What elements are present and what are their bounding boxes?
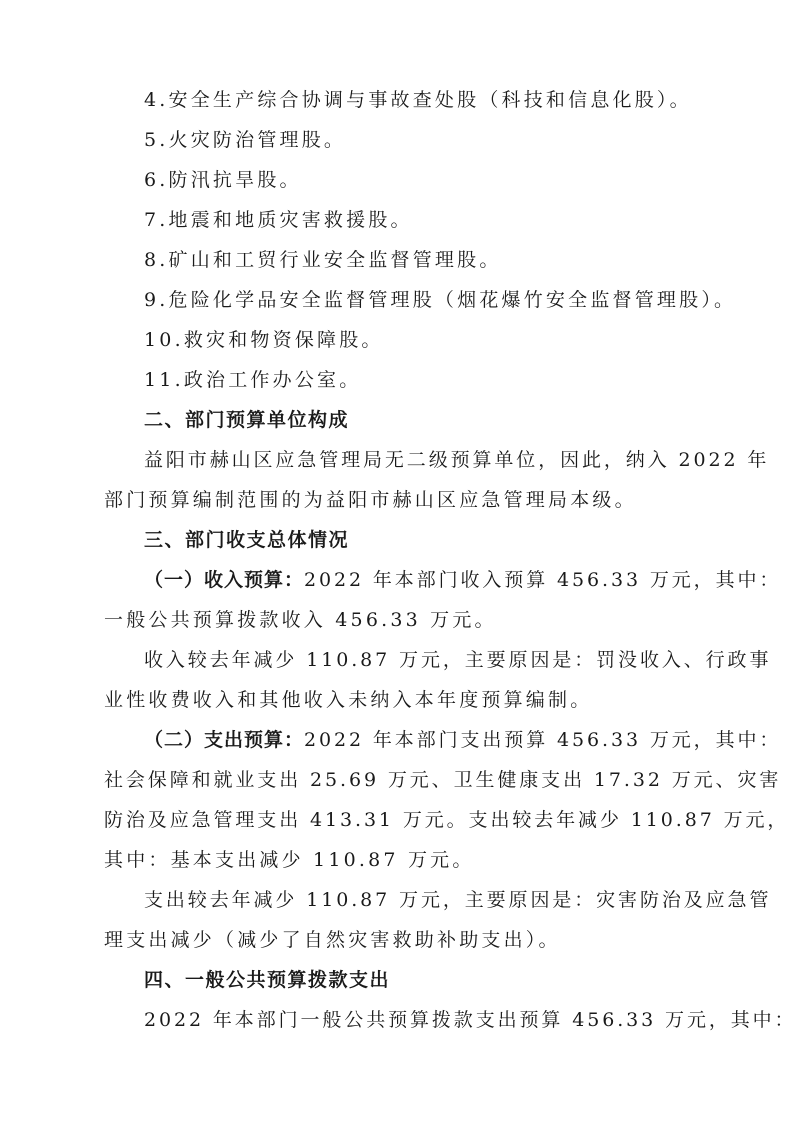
paragraph-line: 一般公共预算拨款收入 456.33 万元。 <box>104 607 694 633</box>
expense-budget-label: （二）支出预算： <box>144 729 304 751</box>
paragraph-line: 收入较去年减少 110.87 万元，主要原因是：罚没收入、行政事 <box>144 647 734 673</box>
paragraph-line: 2022 年本部门一般公共预算拨款支出预算 456.33 万元，其中： <box>144 1007 734 1033</box>
paragraph-line: 部门预算编制范围的为益阳市赫山区应急管理局本级。 <box>104 487 694 513</box>
paragraph-line: 业性收费收入和其他收入未纳入本年度预算编制。 <box>104 687 694 713</box>
list-item-7: 7.地震和地质灾害救援股。 <box>144 207 734 233</box>
list-item-5: 5.火灾防治管理股。 <box>144 127 734 153</box>
paragraph-line: 支出较去年减少 110.87 万元，主要原因是：灾害防治及应急管 <box>144 887 734 913</box>
document-page: 4.安全生产综合协调与事故查处股（科技和信息化股）。 5.火灾防治管理股。 6.… <box>0 0 794 1122</box>
paragraph-line: 防治及应急管理支出 413.31 万元。支出较去年减少 110.87 万元， <box>104 807 694 833</box>
income-budget-text: 2022 年本部门收入预算 456.33 万元，其中： <box>304 569 781 591</box>
list-item-11: 11.政治工作办公室。 <box>144 367 734 393</box>
income-budget-label: （一）收入预算： <box>144 569 304 591</box>
paragraph-line: 社会保障和就业支出 25.69 万元、卫生健康支出 17.32 万元、灾害 <box>104 767 694 793</box>
paragraph-line: 益阳市赫山区应急管理局无二级预算单位，因此，纳入 2022 年 <box>144 447 734 473</box>
list-item-9: 9.危险化学品安全监督管理股（烟花爆竹安全监督管理股）。 <box>144 287 734 313</box>
expense-budget-text: 2022 年本部门支出预算 456.33 万元，其中： <box>304 729 781 751</box>
paragraph-line: 理支出减少（减少了自然灾害救助补助支出）。 <box>104 927 694 953</box>
section-heading-2: 二、部门预算单位构成 <box>144 407 734 433</box>
expense-budget-line: （二）支出预算：2022 年本部门支出预算 456.33 万元，其中： <box>144 727 734 753</box>
list-item-6: 6.防汛抗旱股。 <box>144 167 734 193</box>
list-item-4: 4.安全生产综合协调与事故查处股（科技和信息化股）。 <box>144 87 734 113</box>
section-heading-4: 四、一般公共预算拨款支出 <box>144 967 734 993</box>
income-budget-line: （一）收入预算：2022 年本部门收入预算 456.33 万元，其中： <box>144 567 734 593</box>
section-heading-3: 三、部门收支总体情况 <box>144 527 734 553</box>
paragraph-line: 其中：基本支出减少 110.87 万元。 <box>104 847 694 873</box>
list-item-10: 10.救灾和物资保障股。 <box>144 327 734 353</box>
list-item-8: 8.矿山和工贸行业安全监督管理股。 <box>144 247 734 273</box>
